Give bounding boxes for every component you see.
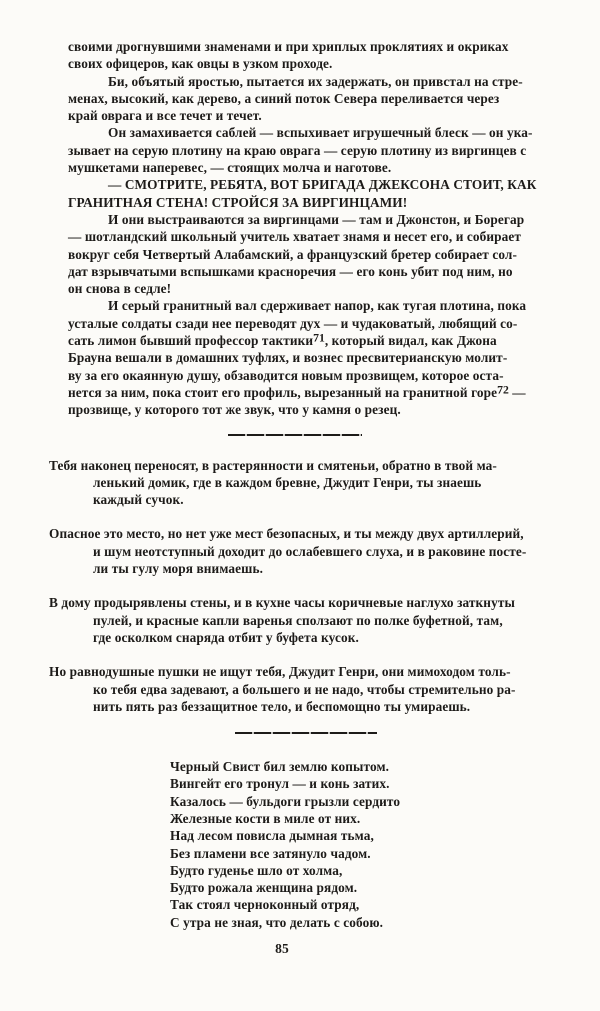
text-line: мушкетами наперевес, — стоящих молча и н… [68,159,556,176]
verse-paragraph: Опасное это место, но нет уже мест безоп… [49,525,556,577]
footnote-ref: 72 [497,383,509,396]
verse-paragraph: Но равнодушные пушки не ищут тебя, Джуди… [49,663,556,715]
prose-paragraph: И они выстраиваются за виргинцами — там … [68,211,556,297]
text-line: ву за его окаянную душу, обзаводится нов… [68,367,556,384]
text-line: Без пламени все затянуло чадом. [170,845,556,862]
verse-paragraph: В дому продырявлены стены, и в кухне час… [49,594,556,646]
verse-section: Тебя наконец переносят, в растерянности … [68,457,556,716]
text-line: В дому продырявлены стены, и в кухне час… [49,594,556,611]
prose-paragraph: И серый гранитный вал сдерживает напор, … [68,297,556,418]
prose-paragraph: Он замахивается саблей — вспыхивает игру… [68,124,556,176]
text-line: своих офицеров, как овцы в узком проходе… [68,55,556,72]
text-line: Черный Свист бил землю копытом. [170,758,556,775]
text-line: ГРАНИТНАЯ СТЕНА! СТРОЙСЯ ЗА ВИРГИНЦАМИ! [68,194,556,211]
text-line: Казалось — бульдоги грызли сердито [170,793,556,810]
text-line: Би, объятый яростью, пытается их задержа… [68,73,556,90]
text-line: и шум неотступный доходит до ослабевшего… [93,543,556,560]
text-line: менах, высокий, как дерево, а синий пото… [68,90,556,107]
prose-paragraph: Би, объятый яростью, пытается их задержа… [68,73,556,125]
text-line: вокруг себя Четвертый Алабамский, а фран… [68,246,556,263]
text-line: Но равнодушные пушки не ищут тебя, Джуди… [49,663,556,680]
text-line: Брауна вешали в домашних туфлях, и возне… [68,349,556,366]
text-line: Вингейт его тронул — и конь затих. [170,775,556,792]
page-number: 85 [38,940,526,957]
prose-section: своими дрогнувшими знаменами и при хрипл… [68,38,556,419]
text-line: Железные кости в миле от них. [170,810,556,827]
text-line: край оврага и все течет и течет. [68,107,556,124]
text-line: Он замахивается саблей — вспыхивает игру… [68,124,556,141]
text-line: где осколком снаряда отбит у буфета кусо… [93,629,556,646]
section-divider [228,434,362,436]
text-line: И серый гранитный вал сдерживает напор, … [68,297,556,314]
text-line: ко тебя едва задевают, а большего и не н… [93,681,556,698]
text-line: своими дрогнувшими знаменами и при хрипл… [68,38,556,55]
text-line: Будто рожала женщина рядом. [170,879,556,896]
prose-paragraph: своими дрогнувшими знаменами и при хрипл… [68,38,556,73]
text-line: Будто гуденье шло от холма, [170,862,556,879]
prose-paragraph: — СМОТРИТЕ, РЕБЯТА, ВОТ БРИГАДА ДЖЕКСОНА… [68,176,556,211]
text-line: усталые солдаты сзади нее переводят дух … [68,315,556,332]
text-line: пулей, и красные капли варенья сползают … [93,612,556,629]
text-line: — шотландский школьный учитель хватает з… [68,228,556,245]
section-divider [235,732,377,734]
text-line: каждый сучок. [93,491,556,508]
text-line: И они выстраиваются за виргинцами — там … [68,211,556,228]
text-line: Тебя наконец переносят, в растерянности … [49,457,556,474]
text-line: Так стоял черноконный отряд, [170,896,556,913]
text-line: дат взрывчатыми вспышками красноречия — … [68,263,556,280]
text-line: он снова в седле! [68,280,556,297]
footnote-ref: 71 [313,331,325,344]
text-line: сать лимон бывший профессор тактики71, к… [68,332,556,349]
text-line: ли ты гулу моря внимаешь. [93,560,556,577]
text-line: С утра не зная, что делать с собою. [170,914,556,931]
text-line: Над лесом повисла дымная тьма, [170,827,556,844]
text-line: прозвище, у которого тот же звук, что у … [68,401,556,418]
text-line: нить пять раз беззащитное тело, и беспом… [93,698,556,715]
poem-section: Черный Свист бил землю копытом.Вингейт е… [170,758,556,931]
verse-paragraph: Тебя наконец переносят, в растерянности … [49,457,556,509]
text-line: Опасное это место, но нет уже мест безоп… [49,525,556,542]
text-line: нется за ним, пока стоит его профиль, вы… [68,384,556,401]
text-line: зывает на серую плотину на краю оврага —… [68,142,556,159]
text-line: — СМОТРИТЕ, РЕБЯТА, ВОТ БРИГАДА ДЖЕКСОНА… [68,176,556,193]
text-line: ленький домик, где в каждом бревне, Джуд… [93,474,556,491]
scanned-book-page: своими дрогнувшими знаменами и при хрипл… [0,0,600,1011]
